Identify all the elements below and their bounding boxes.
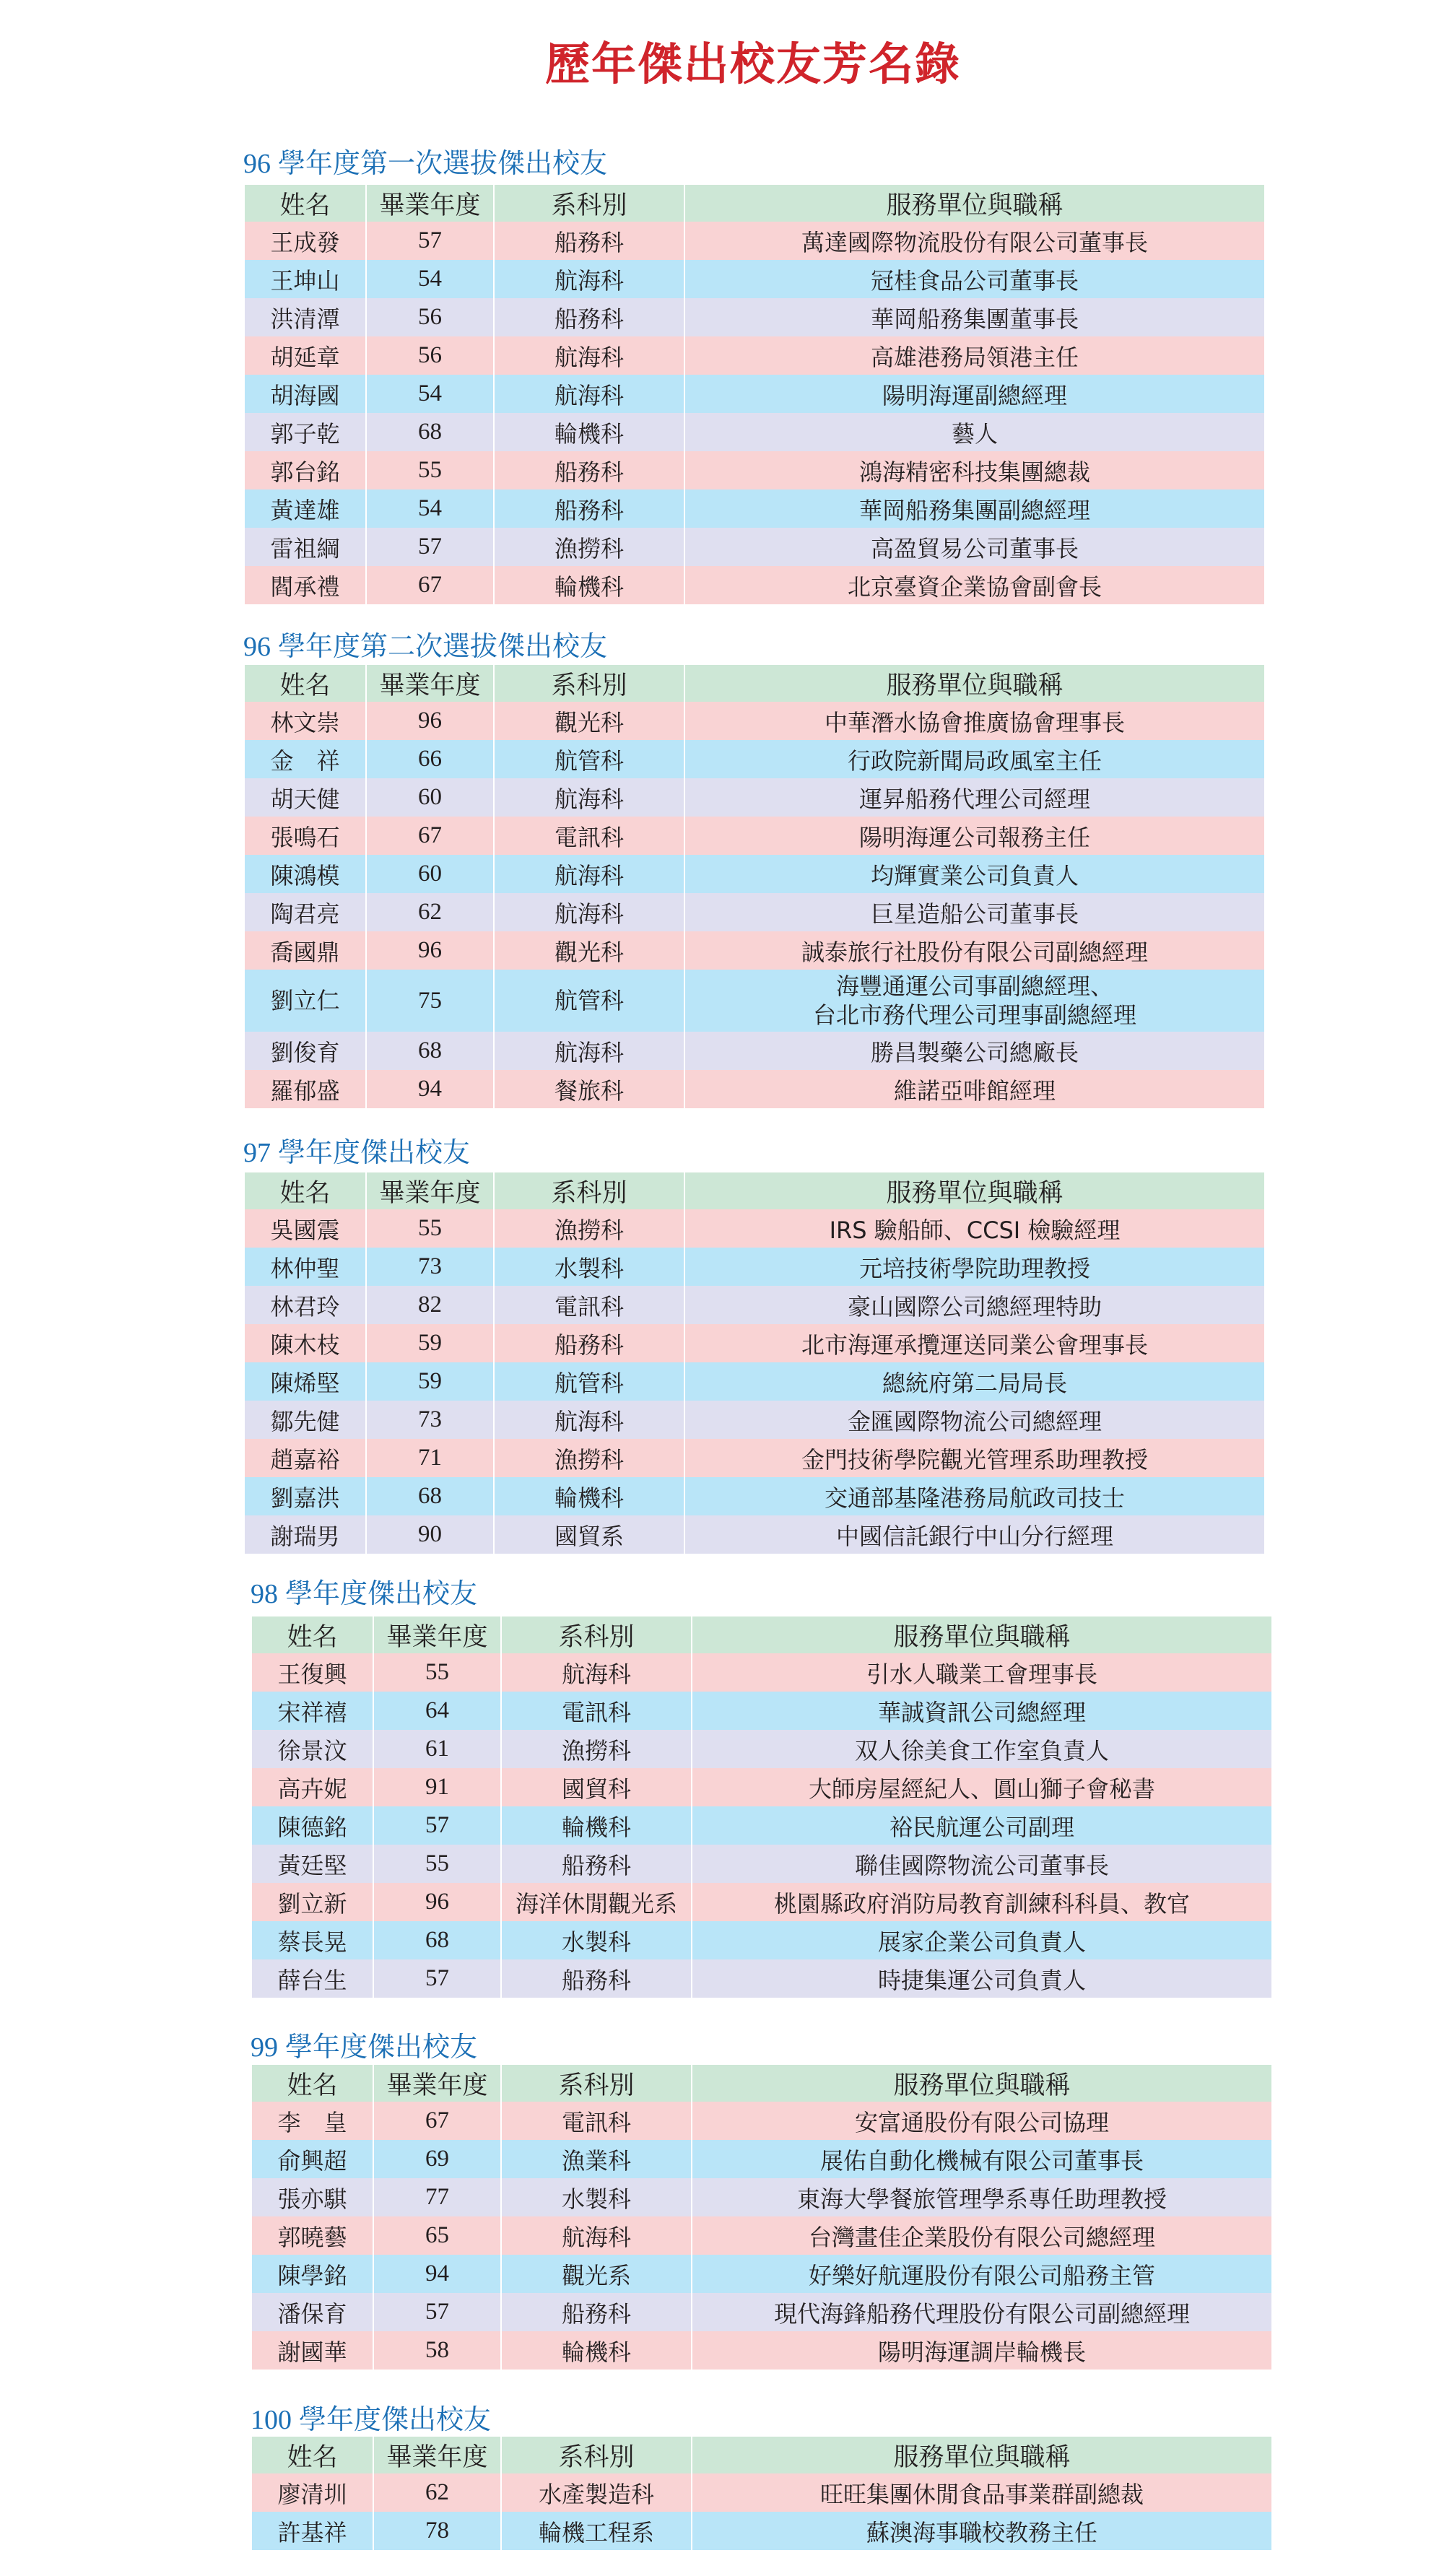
graduation-year-cell: 54 [367, 375, 493, 413]
department-cell: 電訊科 [502, 1692, 691, 1730]
position-cell: 行政院新聞局政風室主任 [685, 740, 1264, 778]
table-row: 胡延章56航海科高雄港務局領港主任 [245, 336, 1264, 375]
department-cell: 國貿科 [502, 1768, 691, 1806]
table-row: 劉立仁75航管科海豐通運公司事副總經理、 台北市務代理公司理事副總經理 [245, 970, 1264, 1032]
name-cell: 陳鴻模 [245, 855, 365, 893]
department-cell: 水產製造科 [502, 2473, 691, 2512]
position-cell: 元培技術學院助理教授 [685, 1248, 1264, 1286]
position-cell: 金匯國際物流公司總經理 [685, 1401, 1264, 1439]
table-row: 謝國華58輪機科陽明海運調岸輪機長 [252, 2331, 1271, 2370]
column-header-name: 姓名 [252, 2437, 373, 2473]
department-cell: 觀光科 [495, 702, 684, 740]
graduation-year-cell: 67 [367, 566, 493, 604]
department-cell: 船務科 [502, 2293, 691, 2331]
graduation-year-cell: 60 [367, 855, 493, 893]
department-cell: 觀光系 [502, 2255, 691, 2293]
name-cell: 謝國華 [252, 2331, 373, 2370]
position-cell: 中華潛水協會推廣協會理事長 [685, 702, 1264, 740]
table-row: 廖清圳62水產製造科旺旺集團休閒食品事業群副總裁 [252, 2473, 1271, 2512]
name-cell: 劉俊育 [245, 1032, 365, 1070]
section-label: 學年度傑出校友 [278, 1136, 470, 1168]
department-cell: 輪機科 [502, 2331, 691, 2370]
department-cell: 觀光科 [495, 931, 684, 970]
graduation-year-cell: 57 [367, 528, 493, 566]
position-cell: 北市海運承攬運送同業公會理事長 [685, 1324, 1264, 1362]
alumni-table: 姓名畢業年度系科別服務單位與職稱 吳國震55漁撈科IRS 驗船師、CCSI 檢驗… [245, 1172, 1264, 1554]
position-cell: 聯佳國際物流公司董事長 [692, 1845, 1271, 1883]
department-cell: 船務科 [495, 222, 684, 260]
table-row: 林文崇96觀光科中華潛水協會推廣協會理事長 [245, 702, 1264, 740]
name-cell: 蔡長晃 [252, 1921, 373, 1959]
position-cell: 高盈貿易公司董事長 [685, 528, 1264, 566]
position-cell: 安富通股份有限公司協理 [692, 2102, 1271, 2140]
table-row: 林君玲82電訊科豪山國際公司總經理特助 [245, 1286, 1264, 1324]
name-cell: 陳木枝 [245, 1324, 365, 1362]
graduation-year-cell: 66 [367, 740, 493, 778]
name-cell: 王成發 [245, 222, 365, 260]
graduation-year-cell: 78 [374, 2512, 500, 2550]
position-cell: 萬達國際物流股份有限公司董事長 [685, 222, 1264, 260]
table-row: 陳木枝59船務科北市海運承攬運送同業公會理事長 [245, 1324, 1264, 1362]
graduation-year-cell: 68 [367, 1032, 493, 1070]
column-header-name: 姓名 [245, 1172, 365, 1209]
table-header-row: 姓名畢業年度系科別服務單位與職稱 [252, 2437, 1271, 2473]
department-cell: 航管科 [495, 740, 684, 778]
section-year: 99 [251, 2032, 278, 2063]
table-row: 謝瑞男90國貿系中國信託銀行中山分行經理 [245, 1515, 1264, 1554]
graduation-year-cell: 57 [374, 1959, 500, 1998]
name-cell: 閻承禮 [245, 566, 365, 604]
graduation-year-cell: 62 [374, 2473, 500, 2512]
department-cell: 輪機科 [502, 1806, 691, 1845]
column-header-department: 系科別 [502, 2065, 691, 2102]
name-cell: 張亦騏 [252, 2178, 373, 2216]
table-row: 胡天健60航海科運昇船務代理公司經理 [245, 778, 1264, 817]
table-row: 李 皇67電訊科安富通股份有限公司協理 [252, 2102, 1271, 2140]
position-cell: IRS 驗船師、CCSI 檢驗經理 [685, 1209, 1264, 1248]
department-cell: 船務科 [495, 451, 684, 489]
column-header-position: 服務單位與職稱 [685, 185, 1264, 222]
section-label: 學年度第二次選拔傑出校友 [278, 630, 607, 662]
column-header-position: 服務單位與職稱 [685, 665, 1264, 702]
column-header-position: 服務單位與職稱 [692, 1616, 1271, 1653]
table-row: 俞興超69漁業科展佑自動化機械有限公司董事長 [252, 2140, 1271, 2178]
graduation-year-cell: 61 [374, 1730, 500, 1768]
alumni-table: 姓名畢業年度系科別服務單位與職稱 王成發57船務科萬達國際物流股份有限公司董事長… [245, 185, 1264, 604]
table-row: 黃廷堅55船務科聯佳國際物流公司董事長 [252, 1845, 1271, 1883]
department-cell: 航海科 [495, 893, 684, 931]
table-row: 陳學銘94觀光系好樂好航運股份有限公司船務主管 [252, 2255, 1271, 2293]
table-row: 林仲聖73水製科元培技術學院助理教授 [245, 1248, 1264, 1286]
alumni-table: 姓名畢業年度系科別服務單位與職稱 王復興55航海科引水人職業工會理事長 宋祥禧6… [252, 1616, 1271, 1998]
table-row: 喬國鼎96觀光科誠泰旅行社股份有限公司副總經理 [245, 931, 1264, 970]
table-row: 陳烯堅59航管科總統府第二局局長 [245, 1362, 1264, 1401]
position-cell: 華誠資訊公司總經理 [692, 1692, 1271, 1730]
name-cell: 陳德銘 [252, 1806, 373, 1845]
graduation-year-cell: 90 [367, 1515, 493, 1554]
name-cell: 李 皇 [252, 2102, 373, 2140]
table-row: 陳德銘57輪機科裕民航運公司副理 [252, 1806, 1271, 1845]
name-cell: 洪清潭 [245, 298, 365, 336]
department-cell: 輪機科 [495, 566, 684, 604]
table-row: 王復興55航海科引水人職業工會理事長 [252, 1653, 1271, 1692]
name-cell: 劉立仁 [245, 970, 365, 1032]
table-row: 吳國震55漁撈科IRS 驗船師、CCSI 檢驗經理 [245, 1209, 1264, 1248]
name-cell: 郭曉藝 [252, 2216, 373, 2255]
graduation-year-cell: 60 [367, 778, 493, 817]
position-cell: 華岡船務集團董事長 [685, 298, 1264, 336]
position-cell: 冠桂食品公司董事長 [685, 260, 1264, 298]
department-cell: 電訊科 [495, 817, 684, 855]
graduation-year-cell: 68 [374, 1921, 500, 1959]
table-row: 宋祥禧64電訊科華誠資訊公司總經理 [252, 1692, 1271, 1730]
position-cell: 旺旺集團休閒食品事業群副總裁 [692, 2473, 1271, 2512]
name-cell: 胡天健 [245, 778, 365, 817]
column-header-position: 服務單位與職稱 [685, 1172, 1264, 1209]
column-header-graduation-year: 畢業年度 [367, 665, 493, 702]
graduation-year-cell: 64 [374, 1692, 500, 1730]
column-header-graduation-year: 畢業年度 [367, 1172, 493, 1209]
name-cell: 林仲聖 [245, 1248, 365, 1286]
position-cell: 總統府第二局局長 [685, 1362, 1264, 1401]
name-cell: 雷祖綱 [245, 528, 365, 566]
position-cell: 大師房屋經紀人、圓山獅子會秘書 [692, 1768, 1271, 1806]
name-cell: 張鳴石 [245, 817, 365, 855]
name-cell: 陳烯堅 [245, 1362, 365, 1401]
department-cell: 餐旅科 [495, 1070, 684, 1108]
department-cell: 水製科 [495, 1248, 684, 1286]
section-heading: 96學年度第二次選拔傑出校友 [243, 631, 607, 662]
graduation-year-cell: 96 [367, 702, 493, 740]
name-cell: 廖清圳 [252, 2473, 373, 2512]
name-cell: 郭子乾 [245, 413, 365, 451]
position-cell: 裕民航運公司副理 [692, 1806, 1271, 1845]
position-cell: 交通部基隆港務局航政司技士 [685, 1477, 1264, 1515]
column-header-name: 姓名 [252, 1616, 373, 1653]
name-cell: 許基祥 [252, 2512, 373, 2550]
table-row: 郭曉藝65航海科台灣畫佳企業股份有限公司總經理 [252, 2216, 1271, 2255]
table-row: 陶君亮62航海科巨星造船公司董事長 [245, 893, 1264, 931]
position-cell: 海豐通運公司事副總經理、 台北市務代理公司理事副總經理 [685, 970, 1264, 1032]
position-cell: 藝人 [685, 413, 1264, 451]
department-cell: 船務科 [495, 298, 684, 336]
section-year: 97 [243, 1138, 271, 1168]
name-cell: 劉立新 [252, 1883, 373, 1921]
section-year: 96 [243, 149, 271, 179]
position-cell: 蘇澳海事職校教務主任 [692, 2512, 1271, 2550]
position-cell: 華岡船務集團副總經理 [685, 489, 1264, 528]
graduation-year-cell: 62 [367, 893, 493, 931]
position-cell: 陽明海運副總經理 [685, 375, 1264, 413]
department-cell: 海洋休閒觀光系 [502, 1883, 691, 1921]
table-row: 徐景汶61漁撈科双人徐美食工作室負責人 [252, 1730, 1271, 1768]
column-header-department: 系科別 [502, 2437, 691, 2473]
name-cell: 薛台生 [252, 1959, 373, 1998]
graduation-year-cell: 54 [367, 489, 493, 528]
alumni-table: 姓名畢業年度系科別服務單位與職稱 廖清圳62水產製造科旺旺集團休閒食品事業群副總… [252, 2437, 1271, 2550]
position-cell: 展佑自動化機械有限公司董事長 [692, 2140, 1271, 2178]
position-cell: 桃園縣政府消防局教育訓練科科員、教官 [692, 1883, 1271, 1921]
column-header-department: 系科別 [495, 185, 684, 222]
graduation-year-cell: 77 [374, 2178, 500, 2216]
graduation-year-cell: 69 [374, 2140, 500, 2178]
table-row: 張鳴石67電訊科陽明海運公司報務主任 [245, 817, 1264, 855]
section-year: 98 [251, 1579, 278, 1609]
position-cell: 台灣畫佳企業股份有限公司總經理 [692, 2216, 1271, 2255]
name-cell: 陶君亮 [245, 893, 365, 931]
name-cell: 喬國鼎 [245, 931, 365, 970]
name-cell: 郭台銘 [245, 451, 365, 489]
table-row: 胡海國54航海科陽明海運副總經理 [245, 375, 1264, 413]
section-heading: 96學年度第一次選拔傑出校友 [243, 148, 607, 179]
department-cell: 漁撈科 [495, 528, 684, 566]
table-row: 劉嘉洪68輪機科交通部基隆港務局航政司技士 [245, 1477, 1264, 1515]
department-cell: 輪機科 [495, 413, 684, 451]
department-cell: 航海科 [495, 1032, 684, 1070]
table-row: 黃達雄54船務科華岡船務集團副總經理 [245, 489, 1264, 528]
department-cell: 船務科 [495, 489, 684, 528]
department-cell: 電訊科 [495, 1286, 684, 1324]
position-cell: 好樂好航運股份有限公司船務主管 [692, 2255, 1271, 2293]
table-row: 金 祥66航管科行政院新聞局政風室主任 [245, 740, 1264, 778]
name-cell: 謝瑞男 [245, 1515, 365, 1554]
name-cell: 黃廷堅 [252, 1845, 373, 1883]
section-heading: 98學年度傑出校友 [251, 1578, 477, 1609]
name-cell: 林文崇 [245, 702, 365, 740]
table-row: 羅郁盛94餐旅科維諾亞啡館經理 [245, 1070, 1264, 1108]
position-cell: 陽明海運調岸輪機長 [692, 2331, 1271, 2370]
graduation-year-cell: 59 [367, 1324, 493, 1362]
department-cell: 漁撈科 [495, 1439, 684, 1477]
table-row: 陳鴻模60航海科均輝實業公司負責人 [245, 855, 1264, 893]
section-year: 96 [243, 632, 271, 662]
department-cell: 航管科 [495, 1362, 684, 1401]
name-cell: 俞興超 [252, 2140, 373, 2178]
column-header-department: 系科別 [495, 665, 684, 702]
table-row: 張亦騏77水製科東海大學餐旅管理學系專任助理教授 [252, 2178, 1271, 2216]
graduation-year-cell: 55 [367, 451, 493, 489]
alumni-table: 姓名畢業年度系科別服務單位與職稱 李 皇67電訊科安富通股份有限公司協理 俞興超… [252, 2065, 1271, 2370]
graduation-year-cell: 59 [367, 1362, 493, 1401]
department-cell: 水製科 [502, 1921, 691, 1959]
position-cell: 金門技術學院觀光管理系助理教授 [685, 1439, 1264, 1477]
department-cell: 漁業科 [502, 2140, 691, 2178]
graduation-year-cell: 55 [374, 1653, 500, 1692]
department-cell: 船務科 [502, 1845, 691, 1883]
graduation-year-cell: 67 [367, 817, 493, 855]
graduation-year-cell: 68 [367, 413, 493, 451]
column-header-department: 系科別 [495, 1172, 684, 1209]
graduation-year-cell: 55 [374, 1845, 500, 1883]
column-header-department: 系科別 [502, 1616, 691, 1653]
position-cell: 現代海鋒船務代理股份有限公司副總經理 [692, 2293, 1271, 2331]
position-cell: 双人徐美食工作室負責人 [692, 1730, 1271, 1768]
graduation-year-cell: 57 [374, 1806, 500, 1845]
department-cell: 水製科 [502, 2178, 691, 2216]
position-cell: 高雄港務局領港主任 [685, 336, 1264, 375]
position-cell: 巨星造船公司董事長 [685, 893, 1264, 931]
department-cell: 船務科 [495, 1324, 684, 1362]
section-heading: 99學年度傑出校友 [251, 2032, 477, 2063]
graduation-year-cell: 94 [374, 2255, 500, 2293]
position-cell: 陽明海運公司報務主任 [685, 817, 1264, 855]
name-cell: 黃達雄 [245, 489, 365, 528]
name-cell: 徐景汶 [252, 1730, 373, 1768]
table-row: 蔡長晃68水製科展家企業公司負責人 [252, 1921, 1271, 1959]
name-cell: 金 祥 [245, 740, 365, 778]
position-cell: 均輝實業公司負責人 [685, 855, 1264, 893]
graduation-year-cell: 57 [374, 2293, 500, 2331]
table-row: 閻承禮67輪機科北京臺資企業協會副會長 [245, 566, 1264, 604]
table-header-row: 姓名畢業年度系科別服務單位與職稱 [252, 1616, 1271, 1653]
position-cell: 引水人職業工會理事長 [692, 1653, 1271, 1692]
graduation-year-cell: 54 [367, 260, 493, 298]
column-header-name: 姓名 [245, 665, 365, 702]
name-cell: 王復興 [252, 1653, 373, 1692]
position-cell: 鴻海精密科技集團總裁 [685, 451, 1264, 489]
table-row: 雷祖綱57漁撈科高盈貿易公司董事長 [245, 528, 1264, 566]
name-cell: 王坤山 [245, 260, 365, 298]
department-cell: 航海科 [495, 336, 684, 375]
department-cell: 輪機科 [495, 1477, 684, 1515]
section-label: 學年度傑出校友 [299, 2403, 491, 2435]
section-year: 100 [251, 2405, 292, 2435]
position-cell: 時捷集運公司負責人 [692, 1959, 1271, 1998]
department-cell: 航海科 [495, 778, 684, 817]
table-row: 潘保育57船務科現代海鋒船務代理股份有限公司副總經理 [252, 2293, 1271, 2331]
table-row: 王成發57船務科萬達國際物流股份有限公司董事長 [245, 222, 1264, 260]
graduation-year-cell: 56 [367, 298, 493, 336]
department-cell: 國貿系 [495, 1515, 684, 1554]
table-row: 許基祥78輪機工程系蘇澳海事職校教務主任 [252, 2512, 1271, 2550]
table-header-row: 姓名畢業年度系科別服務單位與職稱 [245, 185, 1264, 222]
department-cell: 電訊科 [502, 2102, 691, 2140]
section-heading: 100學年度傑出校友 [251, 2404, 491, 2435]
name-cell: 劉嘉洪 [245, 1477, 365, 1515]
table-row: 劉立新96海洋休閒觀光系桃園縣政府消防局教育訓練科科員、教官 [252, 1883, 1271, 1921]
page-title: 歷年傑出校友芳名錄 [505, 40, 1001, 88]
column-header-name: 姓名 [245, 185, 365, 222]
graduation-year-cell: 58 [374, 2331, 500, 2370]
column-header-name: 姓名 [252, 2065, 373, 2102]
department-cell: 航海科 [502, 2216, 691, 2255]
graduation-year-cell: 96 [374, 1883, 500, 1921]
graduation-year-cell: 94 [367, 1070, 493, 1108]
graduation-year-cell: 67 [374, 2102, 500, 2140]
graduation-year-cell: 65 [374, 2216, 500, 2255]
table-row: 鄒先健73航海科金匯國際物流公司總經理 [245, 1401, 1264, 1439]
column-header-position: 服務單位與職稱 [692, 2065, 1271, 2102]
department-cell: 輪機工程系 [502, 2512, 691, 2550]
table-row: 薛台生57船務科時捷集運公司負責人 [252, 1959, 1271, 1998]
graduation-year-cell: 96 [367, 931, 493, 970]
position-cell: 中國信託銀行中山分行經理 [685, 1515, 1264, 1554]
name-cell: 潘保育 [252, 2293, 373, 2331]
section-label: 學年度傑出校友 [285, 2031, 477, 2063]
graduation-year-cell: 55 [367, 1209, 493, 1248]
name-cell: 鄒先健 [245, 1401, 365, 1439]
graduation-year-cell: 82 [367, 1286, 493, 1324]
name-cell: 陳學銘 [252, 2255, 373, 2293]
department-cell: 船務科 [502, 1959, 691, 1998]
name-cell: 宋祥禧 [252, 1692, 373, 1730]
position-cell: 勝昌製藥公司總廠長 [685, 1032, 1264, 1070]
name-cell: 高卉妮 [252, 1768, 373, 1806]
name-cell: 趙嘉裕 [245, 1439, 365, 1477]
name-cell: 羅郁盛 [245, 1070, 365, 1108]
table-row: 劉俊育68航海科勝昌製藥公司總廠長 [245, 1032, 1264, 1070]
table-header-row: 姓名畢業年度系科別服務單位與職稱 [245, 1172, 1264, 1209]
graduation-year-cell: 71 [367, 1439, 493, 1477]
table-header-row: 姓名畢業年度系科別服務單位與職稱 [245, 665, 1264, 702]
graduation-year-cell: 73 [367, 1248, 493, 1286]
department-cell: 航海科 [495, 1401, 684, 1439]
graduation-year-cell: 57 [367, 222, 493, 260]
department-cell: 漁撈科 [502, 1730, 691, 1768]
section-label: 學年度傑出校友 [285, 1578, 477, 1609]
table-row: 郭台銘55船務科鴻海精密科技集團總裁 [245, 451, 1264, 489]
column-header-graduation-year: 畢業年度 [374, 1616, 500, 1653]
department-cell: 航管科 [495, 970, 684, 1032]
position-cell: 北京臺資企業協會副會長 [685, 566, 1264, 604]
department-cell: 航海科 [495, 855, 684, 893]
name-cell: 林君玲 [245, 1286, 365, 1324]
section-label: 學年度第一次選拔傑出校友 [278, 147, 607, 179]
department-cell: 漁撈科 [495, 1209, 684, 1248]
table-row: 郭子乾68輪機科藝人 [245, 413, 1264, 451]
table-row: 王坤山54航海科冠桂食品公司董事長 [245, 260, 1264, 298]
position-cell: 維諾亞啡館經理 [685, 1070, 1264, 1108]
position-cell: 運昇船務代理公司經理 [685, 778, 1264, 817]
department-cell: 航海科 [495, 375, 684, 413]
name-cell: 胡海國 [245, 375, 365, 413]
column-header-graduation-year: 畢業年度 [367, 185, 493, 222]
table-header-row: 姓名畢業年度系科別服務單位與職稱 [252, 2065, 1271, 2102]
graduation-year-cell: 73 [367, 1401, 493, 1439]
column-header-graduation-year: 畢業年度 [374, 2437, 500, 2473]
graduation-year-cell: 68 [367, 1477, 493, 1515]
alumni-table: 姓名畢業年度系科別服務單位與職稱 林文崇96觀光科中華潛水協會推廣協會理事長 金… [245, 665, 1264, 1108]
graduation-year-cell: 91 [374, 1768, 500, 1806]
name-cell: 胡延章 [245, 336, 365, 375]
graduation-year-cell: 56 [367, 336, 493, 375]
table-row: 趙嘉裕71漁撈科金門技術學院觀光管理系助理教授 [245, 1439, 1264, 1477]
position-cell: 展家企業公司負責人 [692, 1921, 1271, 1959]
column-header-graduation-year: 畢業年度 [374, 2065, 500, 2102]
position-cell: 東海大學餐旅管理學系專任助理教授 [692, 2178, 1271, 2216]
graduation-year-cell: 75 [367, 970, 493, 1032]
section-heading: 97學年度傑出校友 [243, 1137, 470, 1168]
column-header-position: 服務單位與職稱 [692, 2437, 1271, 2473]
department-cell: 航海科 [502, 1653, 691, 1692]
department-cell: 航海科 [495, 260, 684, 298]
position-cell: 豪山國際公司總經理特助 [685, 1286, 1264, 1324]
name-cell: 吳國震 [245, 1209, 365, 1248]
table-row: 高卉妮91國貿科大師房屋經紀人、圓山獅子會秘書 [252, 1768, 1271, 1806]
position-cell: 誠泰旅行社股份有限公司副總經理 [685, 931, 1264, 970]
table-row: 洪清潭56船務科華岡船務集團董事長 [245, 298, 1264, 336]
